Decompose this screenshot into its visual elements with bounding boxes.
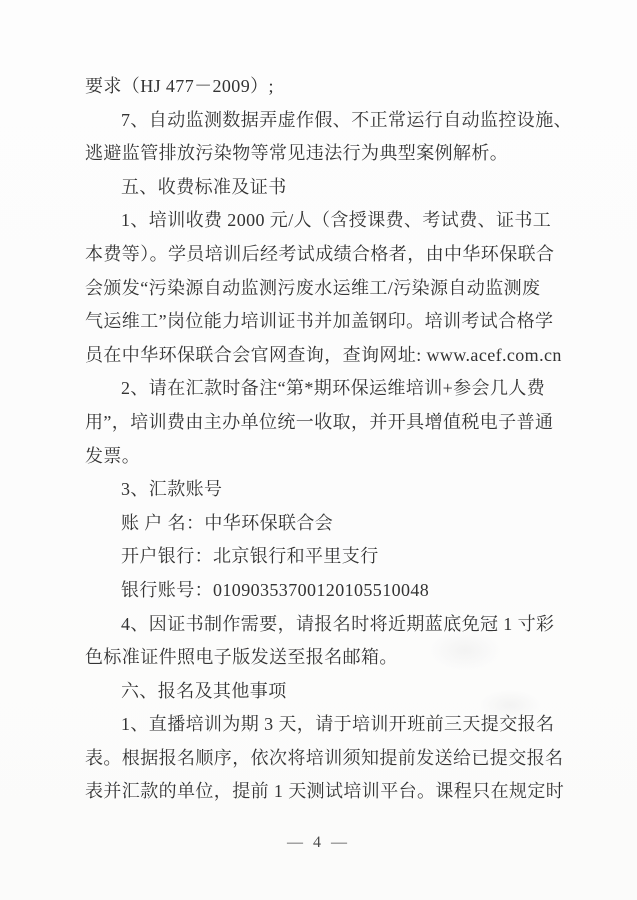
text-line: 本费等）。学员培训后经考试成绩合格者，由中华环保联合 <box>85 238 567 272</box>
page-number: — 4 — <box>0 834 637 852</box>
text-line: 表。根据报名顺序，依次将培训须知提前发送给已提交报名 <box>85 742 567 776</box>
text-line: 2、请在汇款时备注“第*期环保运维培训+参会几人费 <box>85 372 567 406</box>
text-line: 1、直播培训为期 3 天，请于培训开班前三天提交报名 <box>85 708 567 742</box>
text-line: 开户银行：北京银行和平里支行 <box>85 540 567 574</box>
text-line: 气运维工”岗位能力培训证书并加盖钢印。培训考试合格学 <box>85 305 567 339</box>
text-line: 7、自动监测数据弄虚作假、不正常运行自动监控设施、 <box>85 104 567 138</box>
text-line: 银行账号：01090353700120105510048 <box>85 574 567 608</box>
text-line: 表并汇款的单位，提前 1 天测试培训平台。课程只在规定时 <box>85 775 567 809</box>
text-line: 会颁发“污染源自动监测污废水运维工/污染源自动监测废 <box>85 272 567 306</box>
text-line: 3、汇款账号 <box>85 473 567 507</box>
text-line: 六、报名及其他事项 <box>85 675 567 709</box>
text-line: 用”，培训费由主办单位统一收取，并开具增值税电子普通 <box>85 406 567 440</box>
text-line: 色标准证件照电子版发送至报名邮箱。 <box>85 641 567 675</box>
text-line: 账 户 名：中华环保联合会 <box>85 507 567 541</box>
text-line: 员在中华环保联合会官网查询，查询网址: www.acef.com.cn <box>85 339 567 373</box>
text-line: 五、收费标准及证书 <box>85 171 567 205</box>
text-line: 4、因证书制作需要，请报名时将近期蓝底免冠 1 寸彩 <box>85 608 567 642</box>
document-body: 要求（HJ 477－2009）;7、自动监测数据弄虚作假、不正常运行自动监控设施… <box>85 70 567 809</box>
text-line: 1、培训收费 2000 元/人（含授课费、考试费、证书工 <box>85 204 567 238</box>
text-line: 逃避监管排放污染物等常见违法行为典型案例解析。 <box>85 137 567 171</box>
document-page: 要求（HJ 477－2009）;7、自动监测数据弄虚作假、不正常运行自动监控设施… <box>0 0 637 900</box>
text-line: 发票。 <box>85 440 567 474</box>
text-line: 要求（HJ 477－2009）; <box>85 70 567 104</box>
